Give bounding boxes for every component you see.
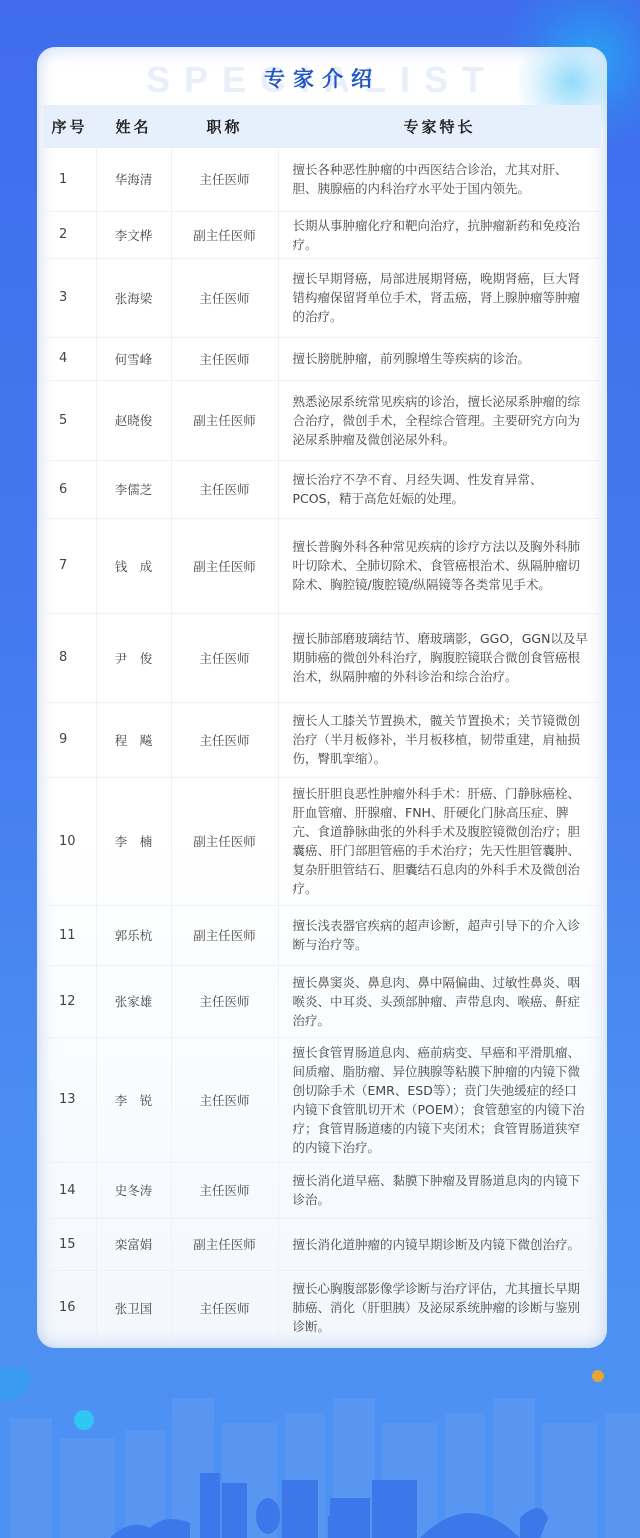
table-row: 9程 飚主任医师擅长人工膝关节置换术，髋关节置换术；关节镜微创治疗（半月板修补，… (43, 702, 601, 777)
header-title: 职称 (171, 105, 278, 148)
doctor-specialty: 擅长消化道早癌、黏膜下肿瘤及胃肠道息肉的内镜下诊治。 (278, 1162, 601, 1218)
doctor-specialty: 擅长各种恶性肿瘤的中西医结合诊治，尤其对肝、胆、胰腺癌的内科治疗水平处于国内领先… (278, 148, 601, 211)
doctor-title: 副主任医师 (171, 518, 278, 613)
doctor-specialty: 长期从事肿瘤化疗和靶向治疗，抗肿瘤新药和免疫治疗。 (278, 211, 601, 258)
row-number: 9 (43, 702, 96, 777)
page-title: 专家介绍 (37, 57, 607, 101)
table-row: 14史冬涛主任医师擅长消化道早癌、黏膜下肿瘤及胃肠道息肉的内镜下诊治。 (43, 1162, 601, 1218)
table-row: 2李文桦副主任医师长期从事肿瘤化疗和靶向治疗，抗肿瘤新药和免疫治疗。 (43, 211, 601, 258)
header-specialty: 专家特长 (278, 105, 601, 148)
title-area: SPECIALIST 专家介绍 (37, 57, 607, 103)
doctor-specialty: 擅长食管胃肠道息肉、癌前病变、早癌和平滑肌瘤、间质瘤、脂肪瘤、异位胰腺等粘膜下肿… (278, 1037, 601, 1162)
table-row: 1华海清主任医师擅长各种恶性肿瘤的中西医结合诊治，尤其对肝、胆、胰腺癌的内科治疗… (43, 148, 601, 211)
table-row: 4何雪峰主任医师擅长膀胱肿瘤，前列腺增生等疾病的诊治。 (43, 337, 601, 380)
row-number: 6 (43, 460, 96, 518)
row-number: 2 (43, 211, 96, 258)
row-number: 8 (43, 613, 96, 702)
doctor-specialty: 擅长鼻窦炎、鼻息肉、鼻中隔偏曲、过敏性鼻炎、咽喉炎、中耳炎、头颈部肿瘤、声带息肉… (278, 965, 601, 1037)
doctor-title: 副主任医师 (171, 211, 278, 258)
table-row: 12张家雄主任医师擅长鼻窦炎、鼻息肉、鼻中隔偏曲、过敏性鼻炎、咽喉炎、中耳炎、头… (43, 965, 601, 1037)
doctor-specialty: 擅长消化道肿瘤的内镜早期诊断及内镜下微创治疗。 (278, 1218, 601, 1270)
doctor-title: 主任医师 (171, 1270, 278, 1345)
table-row: 10李 楠副主任医师擅长肝胆良恶性肿瘤外科手术：肝癌、门静脉癌栓、肝血管瘤、肝腺… (43, 777, 601, 905)
doctor-title: 主任医师 (171, 258, 278, 337)
table-row: 16张卫国主任医师擅长心胸腹部影像学诊断与治疗评估，尤其擅长早期肺癌、消化（肝胆… (43, 1270, 601, 1345)
doctor-name: 郭乐杭 (96, 905, 171, 965)
doctor-name: 尹 俊 (96, 613, 171, 702)
doctor-specialty: 擅长肺部磨玻璃结节、磨玻璃影，GGO，GGN以及早期肺癌的微创外科治疗，胸腹腔镜… (278, 613, 601, 702)
city-skyline-illustration (0, 1368, 640, 1538)
doctor-title: 副主任医师 (171, 1218, 278, 1270)
doctor-name: 李 楠 (96, 777, 171, 905)
doctor-name: 李 锐 (96, 1037, 171, 1162)
doctor-specialty: 擅长普胸外科各种常见疾病的诊疗方法以及胸外科肺叶切除术、全肺切除术、食管癌根治术… (278, 518, 601, 613)
doctor-title: 主任医师 (171, 965, 278, 1037)
table-row: 6李儒芝主任医师擅长治疗不孕不育、月经失调、性发育异常、PCOS，精于高危妊娠的… (43, 460, 601, 518)
doctor-name: 李文桦 (96, 211, 171, 258)
doctor-title: 副主任医师 (171, 905, 278, 965)
doctor-specialty: 擅长心胸腹部影像学诊断与治疗评估，尤其擅长早期肺癌、消化（肝胆胰）及泌尿系统肿瘤… (278, 1270, 601, 1345)
table-row: 3张海梁主任医师擅长早期肾癌，局部进展期肾癌，晚期肾癌，巨大肾错构瘤保留肾单位手… (43, 258, 601, 337)
row-number: 14 (43, 1162, 96, 1218)
doctor-name: 程 飚 (96, 702, 171, 777)
table-header-row: 序号 姓名 职称 专家特长 (43, 105, 601, 148)
doctor-title: 副主任医师 (171, 777, 278, 905)
table-row: 7钱 成副主任医师擅长普胸外科各种常见疾病的诊疗方法以及胸外科肺叶切除术、全肺切… (43, 518, 601, 613)
doctor-name: 史冬涛 (96, 1162, 171, 1218)
row-number: 4 (43, 337, 96, 380)
doctor-title: 主任医师 (171, 702, 278, 777)
table-row: 15栾富娟副主任医师擅长消化道肿瘤的内镜早期诊断及内镜下微创治疗。 (43, 1218, 601, 1270)
header-name: 姓名 (96, 105, 171, 148)
row-number: 15 (43, 1218, 96, 1270)
row-number: 7 (43, 518, 96, 613)
doctor-specialty: 擅长膀胱肿瘤，前列腺增生等疾病的诊治。 (278, 337, 601, 380)
doctor-title: 主任医师 (171, 613, 278, 702)
doctor-title: 主任医师 (171, 460, 278, 518)
doctor-name: 钱 成 (96, 518, 171, 613)
doctor-name: 赵晓俊 (96, 380, 171, 460)
doctor-specialty: 擅长早期肾癌，局部进展期肾癌，晚期肾癌，巨大肾错构瘤保留肾单位手术，肾盂癌，肾上… (278, 258, 601, 337)
doctor-title: 主任医师 (171, 1037, 278, 1162)
table-row: 5赵晓俊副主任医师熟悉泌尿系统常见疾病的诊治，擅长泌尿系肿瘤的综合治疗，微创手术… (43, 380, 601, 460)
header-no: 序号 (43, 105, 96, 148)
doctor-name: 栾富娟 (96, 1218, 171, 1270)
doctor-name: 李儒芝 (96, 460, 171, 518)
row-number: 3 (43, 258, 96, 337)
row-number: 10 (43, 777, 96, 905)
doctor-name: 张卫国 (96, 1270, 171, 1345)
doctor-title: 主任医师 (171, 337, 278, 380)
doctor-specialty: 擅长肝胆良恶性肿瘤外科手术：肝癌、门静脉癌栓、肝血管瘤、肝腺瘤、FNH、肝硬化门… (278, 777, 601, 905)
table-row: 13李 锐主任医师擅长食管胃肠道息肉、癌前病变、早癌和平滑肌瘤、间质瘤、脂肪瘤、… (43, 1037, 601, 1162)
doctor-specialty: 擅长人工膝关节置换术，髋关节置换术；关节镜微创治疗（半月板修补，半月板移植，韧带… (278, 702, 601, 777)
doctor-specialty: 熟悉泌尿系统常见疾病的诊治，擅长泌尿系肿瘤的综合治疗，微创手术，全程综合管理。主… (278, 380, 601, 460)
row-number: 12 (43, 965, 96, 1037)
row-number: 11 (43, 905, 96, 965)
doctor-title: 副主任医师 (171, 380, 278, 460)
doctor-name: 华海清 (96, 148, 171, 211)
row-number: 5 (43, 380, 96, 460)
specialist-table: 序号 姓名 职称 专家特长 1华海清主任医师擅长各种恶性肿瘤的中西医结合诊治，尤… (43, 105, 601, 1345)
doctor-name: 何雪峰 (96, 337, 171, 380)
doctor-specialty: 擅长治疗不孕不育、月经失调、性发育异常、PCOS，精于高危妊娠的处理。 (278, 460, 601, 518)
doctor-name: 张家雄 (96, 965, 171, 1037)
doctor-title: 主任医师 (171, 1162, 278, 1218)
doctor-specialty: 擅长浅表器官疾病的超声诊断，超声引导下的介入诊断与治疗等。 (278, 905, 601, 965)
table-row: 11郭乐杭副主任医师擅长浅表器官疾病的超声诊断，超声引导下的介入诊断与治疗等。 (43, 905, 601, 965)
doctor-title: 主任医师 (171, 148, 278, 211)
specialist-card: SPECIALIST 专家介绍 序号 姓名 职称 专家特长 1华海清主任医师擅长… (37, 47, 607, 1348)
row-number: 13 (43, 1037, 96, 1162)
row-number: 16 (43, 1270, 96, 1345)
table-row: 8尹 俊主任医师擅长肺部磨玻璃结节、磨玻璃影，GGO，GGN以及早期肺癌的微创外… (43, 613, 601, 702)
doctor-name: 张海梁 (96, 258, 171, 337)
row-number: 1 (43, 148, 96, 211)
